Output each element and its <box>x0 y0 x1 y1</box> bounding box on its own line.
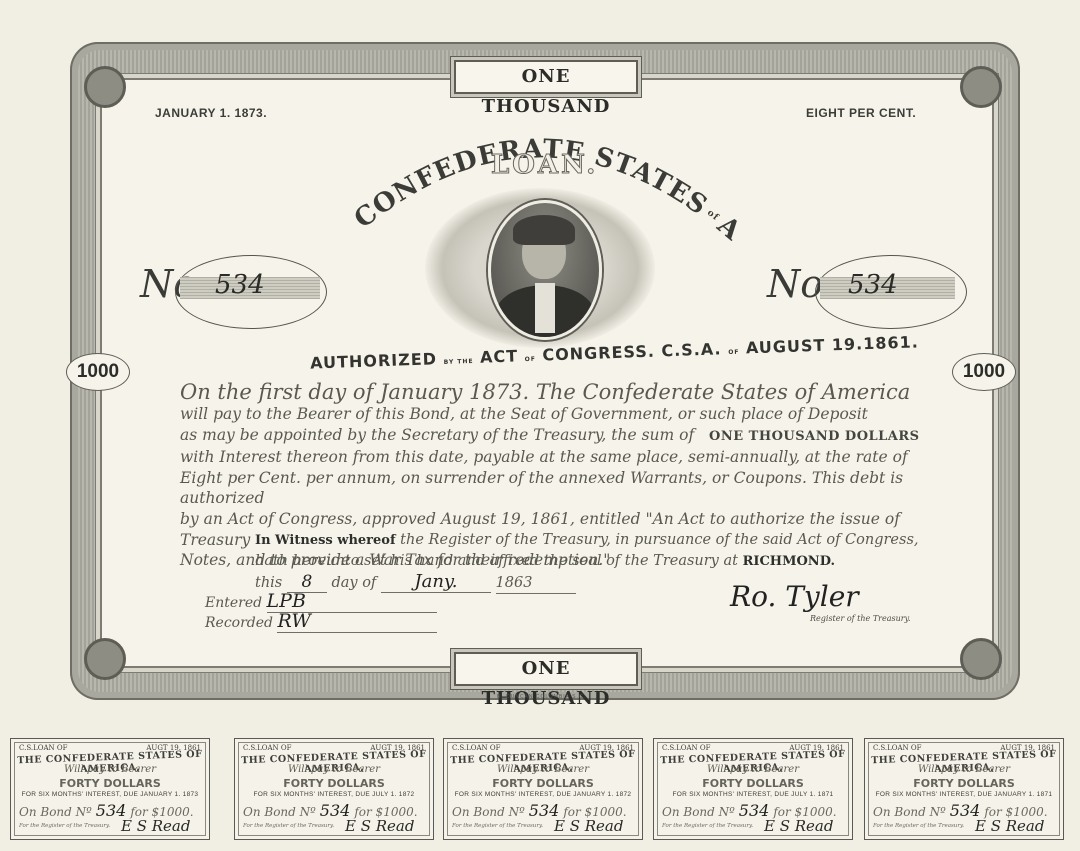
coupon-register-label: For the Register of the Treasury. <box>19 823 110 829</box>
corner-rosette-icon <box>960 638 1002 680</box>
body-line-1: On the first day of January 1873. The Co… <box>180 380 930 404</box>
corner-rosette-icon <box>84 66 126 108</box>
denomination-left: 1000 <box>66 353 130 391</box>
witness-line-1-text: the Register of the Treasury, in pursuan… <box>400 532 918 548</box>
this-label: this <box>255 575 282 591</box>
coupon-1: C.S.LOAN OFAUGT 19. 1861 THE CONFEDERATE… <box>10 738 210 840</box>
recorded-row: Recorded RW <box>205 610 437 633</box>
coupon-loan-label: C.S.LOAN OF <box>452 744 501 752</box>
recorded-initials: RW <box>277 610 437 633</box>
number-label-right: No <box>767 262 823 306</box>
coupon-5: C.S.LOAN OFAUGT 19. 1861 THE CONFEDERATE… <box>864 738 1064 840</box>
body-line-3-text: as may be appointed by the Secretary of … <box>180 426 694 444</box>
coupon-due-date: FOR SIX MONTHS' INTEREST, DUE JANUARY 1.… <box>450 791 636 798</box>
denomination-right: 1000 <box>952 353 1016 391</box>
witness-line-1: In Witness whereof the Register of the T… <box>255 530 955 551</box>
coupon-bond-label: On Bond Nº <box>243 805 316 819</box>
body-line-3: as may be appointed by the Secretary of … <box>180 425 930 448</box>
witness-lead: In Witness whereof <box>255 533 396 548</box>
coupon-will-pay: Will pay to Bearer <box>11 764 209 775</box>
coupon-loan-label: C.S.LOAN OF <box>19 744 68 752</box>
day-of-label: day of <box>331 575 376 591</box>
coupon-bond-label: On Bond Nº <box>452 805 525 819</box>
coupon-register-label: For the Register of the Treasury. <box>452 823 543 829</box>
coupon-signature: E S Read <box>764 817 833 835</box>
register-signature: Ro. Tyler <box>730 580 859 613</box>
coupon-due-date: FOR SIX MONTHS' INTEREST, DUE JANUARY 1.… <box>17 791 203 798</box>
amount-stamp: ONE THOUSAND DOLLARS <box>709 429 920 444</box>
coupon-due-date: FOR SIX MONTHS' INTEREST, DUE JULY 1. 18… <box>660 791 846 798</box>
coupon-amount: FORTY DOLLARS <box>444 777 642 790</box>
authorized-of2: OF <box>728 349 739 356</box>
serial-number-left: 534 <box>215 270 265 300</box>
witness-line-2: hath hereunto set his hand and affixed t… <box>255 551 955 572</box>
coupon-register-label: For the Register of the Treasury. <box>873 823 964 829</box>
coupon-bond-label: On Bond Nº <box>873 805 946 819</box>
body-line-5: Eight per Cent. per annum, on surrender … <box>180 468 930 509</box>
corner-rosette-icon <box>960 66 1002 108</box>
coupon-due-date: FOR SIX MONTHS' INTEREST, DUE JULY 1. 18… <box>241 791 427 798</box>
coupon-due-date: FOR SIX MONTHS' INTEREST, DUE JANUARY 1.… <box>871 791 1057 798</box>
coupon-signature: E S Read <box>975 817 1044 835</box>
coupon-bond-label: On Bond Nº <box>19 805 92 819</box>
top-plaque: ONE THOUSAND <box>454 60 638 94</box>
authorized-of: OF <box>525 356 536 363</box>
coupon-4: C.S.LOAN OFAUGT 19. 1861 THE CONFEDERATE… <box>653 738 853 840</box>
witness-city: RICHMOND. <box>743 554 835 569</box>
coupon-bond-label: On Bond Nº <box>662 805 735 819</box>
coupon-loan-label: C.S.LOAN OF <box>873 744 922 752</box>
interest-rate: EIGHT PER CENT. <box>806 106 916 120</box>
corner-rosette-icon <box>84 638 126 680</box>
recorded-label: Recorded <box>205 615 273 631</box>
serial-number-right: 534 <box>848 270 898 300</box>
coupon-will-pay: Will pay to Bearer <box>235 764 433 775</box>
body-line-2: will pay to the Bearer of this Bond, at … <box>180 404 930 425</box>
portrait-hair <box>513 215 575 245</box>
coupon-register-label: For the Register of the Treasury. <box>243 823 334 829</box>
coupon-amount: FORTY DOLLARS <box>11 777 209 790</box>
coupon-loan-label: C.S.LOAN OF <box>662 744 711 752</box>
coupon-2: C.S.LOAN OFAUGT 19. 1861 THE CONFEDERATE… <box>234 738 434 840</box>
year-value: 1863 <box>496 573 576 594</box>
body-line-4: with Interest thereon from this date, pa… <box>180 447 930 468</box>
coupon-will-pay: Will pay to Bearer <box>444 764 642 775</box>
authorized-by-the: BY THE <box>444 358 474 366</box>
coupon-3: C.S.LOAN OFAUGT 19. 1861 THE CONFEDERATE… <box>443 738 643 840</box>
bottom-plaque: ONE THOUSAND <box>454 652 638 686</box>
witness-line-2-text: hath hereunto set his hand and affixed t… <box>255 553 738 569</box>
coupon-amount: FORTY DOLLARS <box>654 777 852 790</box>
coupon-signature: E S Read <box>345 817 414 835</box>
portrait-shirt <box>535 283 555 333</box>
coupon-signature: E S Read <box>121 817 190 835</box>
printer-imprint: B. DUNCAN COLUMBIA S.C. <box>497 694 586 700</box>
authorized-act: ACT <box>480 346 519 366</box>
portrait-vignette <box>488 200 602 340</box>
coupon-will-pay: Will pay to Bearer <box>865 764 1063 775</box>
coupon-loan-label: C.S.LOAN OF <box>243 744 292 752</box>
coupon-signature: E S Read <box>554 817 623 835</box>
coupon-amount: FORTY DOLLARS <box>235 777 433 790</box>
loan-label: LOAN. <box>491 150 598 180</box>
register-caption: Register of the Treasury. <box>810 614 911 623</box>
coupon-register-label: For the Register of the Treasury. <box>662 823 753 829</box>
coupon-amount: FORTY DOLLARS <box>865 777 1063 790</box>
entered-label: Entered <box>205 595 262 611</box>
maturity-date: JANUARY 1. 1873. <box>155 106 267 120</box>
coupon-will-pay: Will pay to Bearer <box>654 764 852 775</box>
